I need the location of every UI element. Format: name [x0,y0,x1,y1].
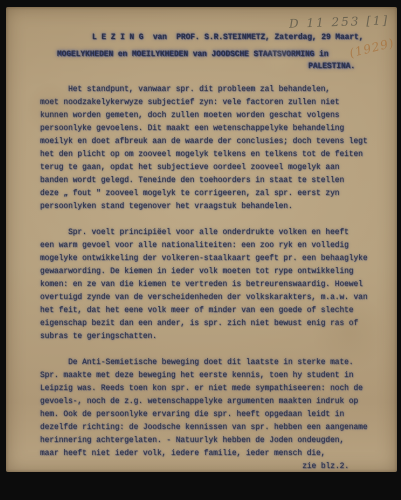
title-line-3: PALESTINA. [40,62,371,72]
document-title: L E Z I N G van PROF. S.R.STEINMETZ, Zat… [40,32,371,72]
title-line-2: MOGELYKHEDEN en MOEILYKHEDEN van JOODSCH… [40,49,371,62]
paragraph-principieel: Spr. voelt principiëel voor alle onderdr… [40,227,371,344]
document-page: D 11 253 [1] (1929) L E Z I N G van PROF… [6,7,397,472]
document-body: Het standpunt, vanwaar spr. dit probleem… [40,84,371,474]
continuation-note: zie blz.2. [40,461,371,474]
photo-backdrop: D 11 253 [1] (1929) L E Z I N G van PROF… [0,0,401,500]
paragraph-antisemitische-beweging: De Anti-Semietische beweging doet dit la… [40,357,371,461]
paragraph-standpunt: Het standpunt, vanwaar spr. dit probleem… [40,84,371,214]
typed-content: L E Z I N G van PROF. S.R.STEINMETZ, Zat… [40,7,371,474]
title-line-1: L E Z I N G van PROF. S.R.STEINMETZ, Zat… [40,32,371,45]
